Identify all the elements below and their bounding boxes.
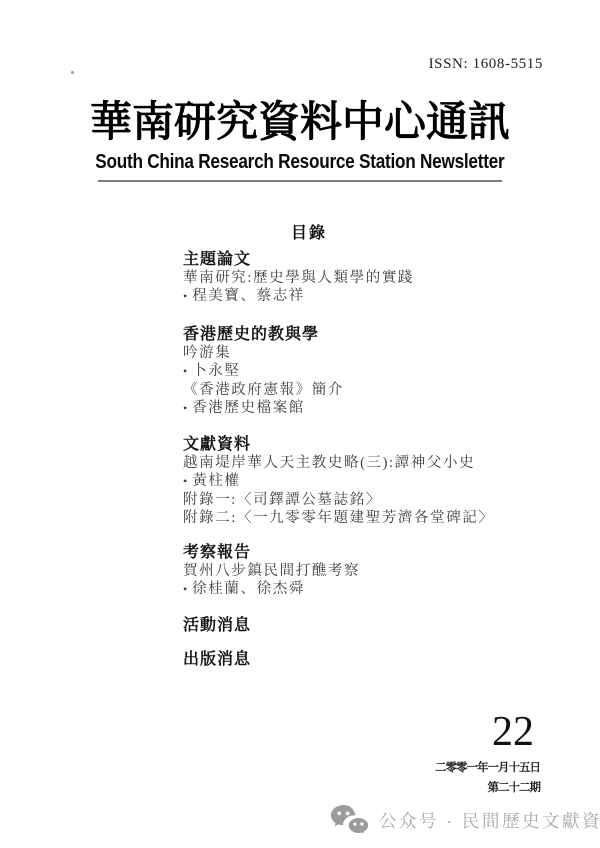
toc-item-text: 附錄二:〈一九零零年題建聖芳濟各堂碑記〉 bbox=[183, 510, 495, 526]
toc-section: 活動消息 bbox=[183, 616, 251, 635]
toc-item-text: 卜永堅 bbox=[192, 363, 240, 379]
toc-section: 香港歷史的教與學 吟游集•卜永堅《香港政府憲報》簡介•香港歷史檔案館 bbox=[183, 325, 344, 418]
toc-item-text: 徐桂蘭、徐杰舜 bbox=[192, 581, 305, 597]
toc-item: 華南研究:歷史學與人類學的實踐 bbox=[183, 269, 414, 287]
bullet-icon: • bbox=[183, 401, 187, 415]
toc-item: •程美寶、蔡志祥 bbox=[183, 287, 414, 305]
toc-item-text: 香港歷史檔案館 bbox=[192, 400, 305, 416]
watermark: 公众号 · 民間歷史文獻資訊網 bbox=[330, 804, 600, 836]
toc-item-text: 程美寶、蔡志祥 bbox=[192, 288, 305, 304]
watermark-text: 公众号 · 民間歷史文獻資訊網 bbox=[379, 808, 600, 833]
toc-item: 賀州八步鎮民間打醮考察 bbox=[183, 562, 360, 580]
toc-item: 附錄二:〈一九零零年題建聖芳濟各堂碑記〉 bbox=[183, 509, 495, 527]
issue-number: 22 bbox=[435, 710, 540, 754]
toc-item: •香港歷史檔案館 bbox=[183, 399, 344, 417]
toc-section: 出版消息 bbox=[183, 650, 251, 669]
issn-number: ISSN: 1608-5515 bbox=[429, 56, 543, 73]
newsletter-title-chinese: 華南研究資料中心通訊 bbox=[0, 98, 600, 148]
bullet-icon: • bbox=[183, 364, 187, 378]
issue-label: 第二十二期 bbox=[435, 779, 540, 795]
toc-section: 文獻資料 越南堤岸華人天主教史略(三):譚神父小史•黃柱權附錄一:〈司鐸譚公墓誌… bbox=[183, 435, 495, 528]
toc-section-heading: 活動消息 bbox=[183, 616, 251, 635]
toc-item: •黃柱權 bbox=[183, 472, 495, 490]
toc-section: 主題論文 華南研究:歷史學與人類學的實踐•程美寶、蔡志祥 bbox=[183, 250, 414, 306]
newsletter-title-english: South China Research Resource Station Ne… bbox=[95, 151, 504, 174]
toc-item-text: 吟游集 bbox=[183, 345, 231, 361]
toc-item-text: 華南研究:歷史學與人類學的實踐 bbox=[183, 270, 414, 286]
toc-item: 《香港政府憲報》簡介 bbox=[183, 381, 344, 399]
toc-section: 考察報告 賀州八步鎮民間打醮考察•徐桂蘭、徐杰舜 bbox=[183, 543, 360, 599]
toc-item: 附錄一:〈司鐸譚公墓誌銘〉 bbox=[183, 491, 495, 509]
toc-item: •卜永堅 bbox=[183, 362, 344, 380]
toc-item-text: 越南堤岸華人天主教史略(三):譚神父小史 bbox=[183, 455, 475, 471]
masthead-divider bbox=[98, 180, 502, 182]
toc-item: 吟游集 bbox=[183, 344, 344, 362]
toc-section-heading: 文獻資料 bbox=[183, 435, 495, 454]
toc-item-text: 黃柱權 bbox=[192, 473, 240, 489]
toc-item: •徐桂蘭、徐杰舜 bbox=[183, 580, 360, 598]
bullet-icon: • bbox=[183, 582, 187, 596]
toc-item-text: 附錄一:〈司鐸譚公墓誌銘〉 bbox=[183, 492, 382, 508]
bullet-icon: • bbox=[183, 289, 187, 303]
toc-item: 越南堤岸華人天主教史略(三):譚神父小史 bbox=[183, 454, 495, 472]
issue-date: 二零零一年一月十五日 bbox=[435, 759, 540, 775]
toc-section-heading: 香港歷史的教與學 bbox=[183, 325, 344, 344]
ink-speck bbox=[71, 71, 74, 74]
toc-title: 目錄 bbox=[0, 220, 600, 243]
toc-section-heading: 出版消息 bbox=[183, 650, 251, 669]
toc-item-text: 《香港政府憲報》簡介 bbox=[183, 382, 344, 398]
masthead: 華南研究資料中心通訊 South China Research Resource… bbox=[0, 98, 600, 182]
newsletter-title-english-wrap: South China Research Resource Station Ne… bbox=[0, 151, 600, 174]
toc-section-heading: 主題論文 bbox=[183, 250, 414, 269]
newsletter-cover-page: ISSN: 1608-5515 華南研究資料中心通訊 South China R… bbox=[0, 0, 600, 848]
wechat-icon bbox=[330, 804, 370, 836]
bullet-icon: • bbox=[183, 474, 187, 488]
toc-item-text: 賀州八步鎮民間打醮考察 bbox=[183, 563, 360, 579]
toc-section-heading: 考察報告 bbox=[183, 543, 360, 562]
issue-block: 22 二零零一年一月十五日 第二十二期 bbox=[435, 710, 540, 795]
